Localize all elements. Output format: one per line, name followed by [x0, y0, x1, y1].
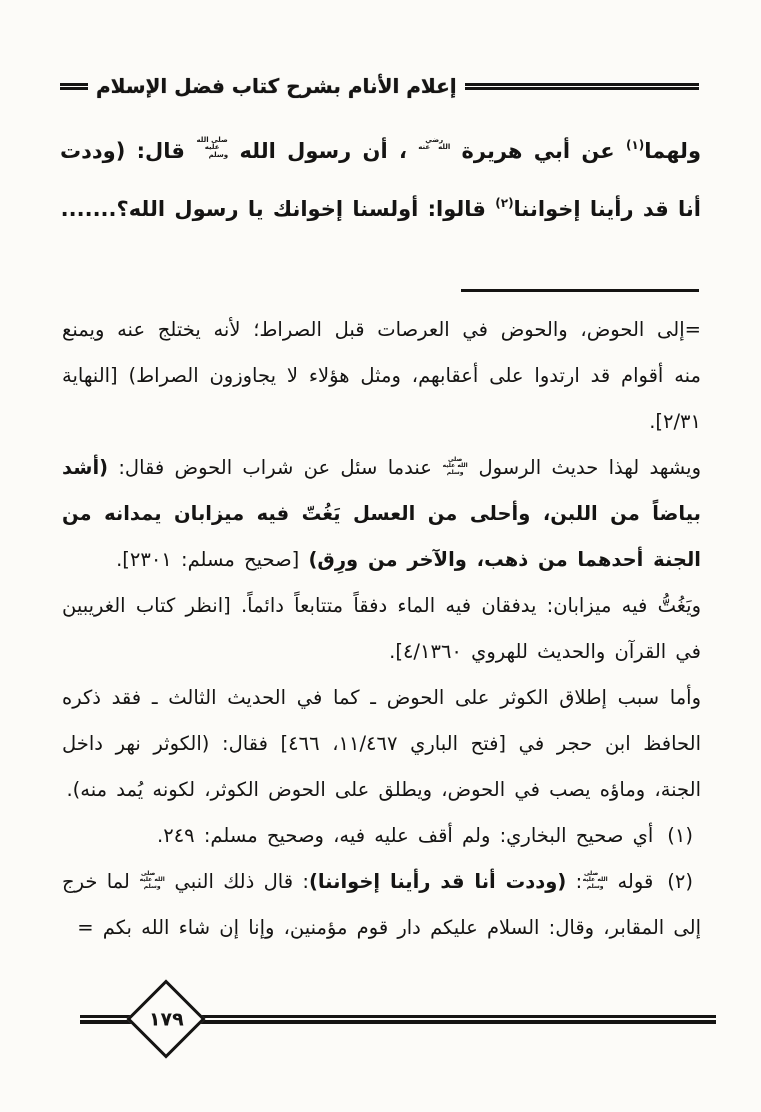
raa-honorific-mark: رضي الله عنه	[418, 136, 450, 164]
book-title: إعلام الأنام بشرح كتاب فضل الإسلام	[88, 74, 465, 98]
footnote-item: (١)أي صحيح البخاري: ولم أقف عليه فيه، وص…	[62, 813, 701, 859]
hadith-text-block: ولهما(١) عن أبي هريرة رضي الله عنه ، أن …	[60, 126, 701, 242]
text-run: وأما سبب إطلاق الكوثر على الحوض ـ كما في…	[62, 686, 701, 801]
hadith-line: ولهما(١) عن أبي هريرة رضي الله عنه ، أن …	[60, 126, 701, 176]
header-rule-left	[60, 83, 88, 90]
pbuh-honorific-mark: صلى الله عليه وسلم	[442, 456, 468, 479]
bold-text-run: (وددت أنا قد رأينا إخواننا)	[309, 870, 566, 893]
text-run: أنا قد رأينا إخواننا	[514, 197, 701, 221]
text-run: : قال ذلك النبي	[165, 870, 309, 893]
text-run: عن أبي هريرة	[450, 139, 626, 163]
text-run: ولهما	[644, 139, 701, 163]
page-header: إعلام الأنام بشرح كتاب فضل الإسلام	[60, 74, 699, 98]
text-run: عندما سئل عن شراب الحوض فقال:	[108, 456, 442, 479]
pbuh-honorific-mark: صلى الله عليه وسلم	[196, 136, 228, 164]
footnote-number: (١)	[667, 824, 693, 847]
page-number-diamond: ١٧٩	[126, 979, 205, 1058]
text-run: قالوا: أولسنا إخوانك يا رسول الله؟......…	[60, 197, 495, 221]
header-rule-right	[465, 83, 699, 90]
footnote-number: (٢)	[667, 870, 693, 893]
footnote-paragraph: وأما سبب إطلاق الكوثر على الحوض ـ كما في…	[62, 675, 701, 813]
hadith-line: أنا قد رأينا إخواننا(٢) قالوا: أولسنا إخ…	[60, 184, 701, 234]
book-page: إعلام الأنام بشرح كتاب فضل الإسلام ولهما…	[0, 0, 761, 1112]
text-run: أي صحيح البخاري: ولم أقف عليه فيه، وصحيح…	[157, 824, 653, 847]
footnote-paragraph: ويشهد لهذا حديث الرسول صلى الله عليه وسل…	[62, 445, 701, 583]
footnote-ref: (١)	[626, 138, 644, 152]
pbuh-honorific-mark: صلى الله عليه وسلم	[582, 870, 608, 893]
footnotes-block: =إلى الحوض، والحوض في العرصات قبل الصراط…	[62, 307, 701, 951]
text-run: :	[566, 870, 582, 893]
footnote-item: (٢)قوله صلى الله عليه وسلم: (وددت أنا قد…	[62, 859, 701, 951]
text-run: ، أن رسول الله	[228, 139, 418, 163]
text-run: =إلى الحوض، والحوض في العرصات قبل الصراط…	[62, 318, 701, 433]
text-run: ويَغُتُّ فيه ميزابان: يدفقان فيه الماء د…	[62, 594, 701, 663]
text-run: قال: (وددت	[60, 139, 196, 163]
text-run: قوله	[608, 870, 653, 893]
footnote-ref: (٢)	[495, 196, 513, 210]
pbuh-honorific-mark: صلى الله عليه وسلم	[139, 870, 165, 893]
footnote-separator	[461, 289, 699, 292]
text-run: ويشهد لهذا حديث الرسول	[468, 456, 701, 479]
page-number: ١٧٩	[149, 1008, 184, 1030]
footnote-paragraph: ويَغُتُّ فيه ميزابان: يدفقان فيه الماء د…	[62, 583, 701, 675]
text-run: [صحيح مسلم: ٢٣٠١].	[116, 548, 308, 571]
footnote-paragraph: =إلى الحوض، والحوض في العرصات قبل الصراط…	[62, 307, 701, 445]
